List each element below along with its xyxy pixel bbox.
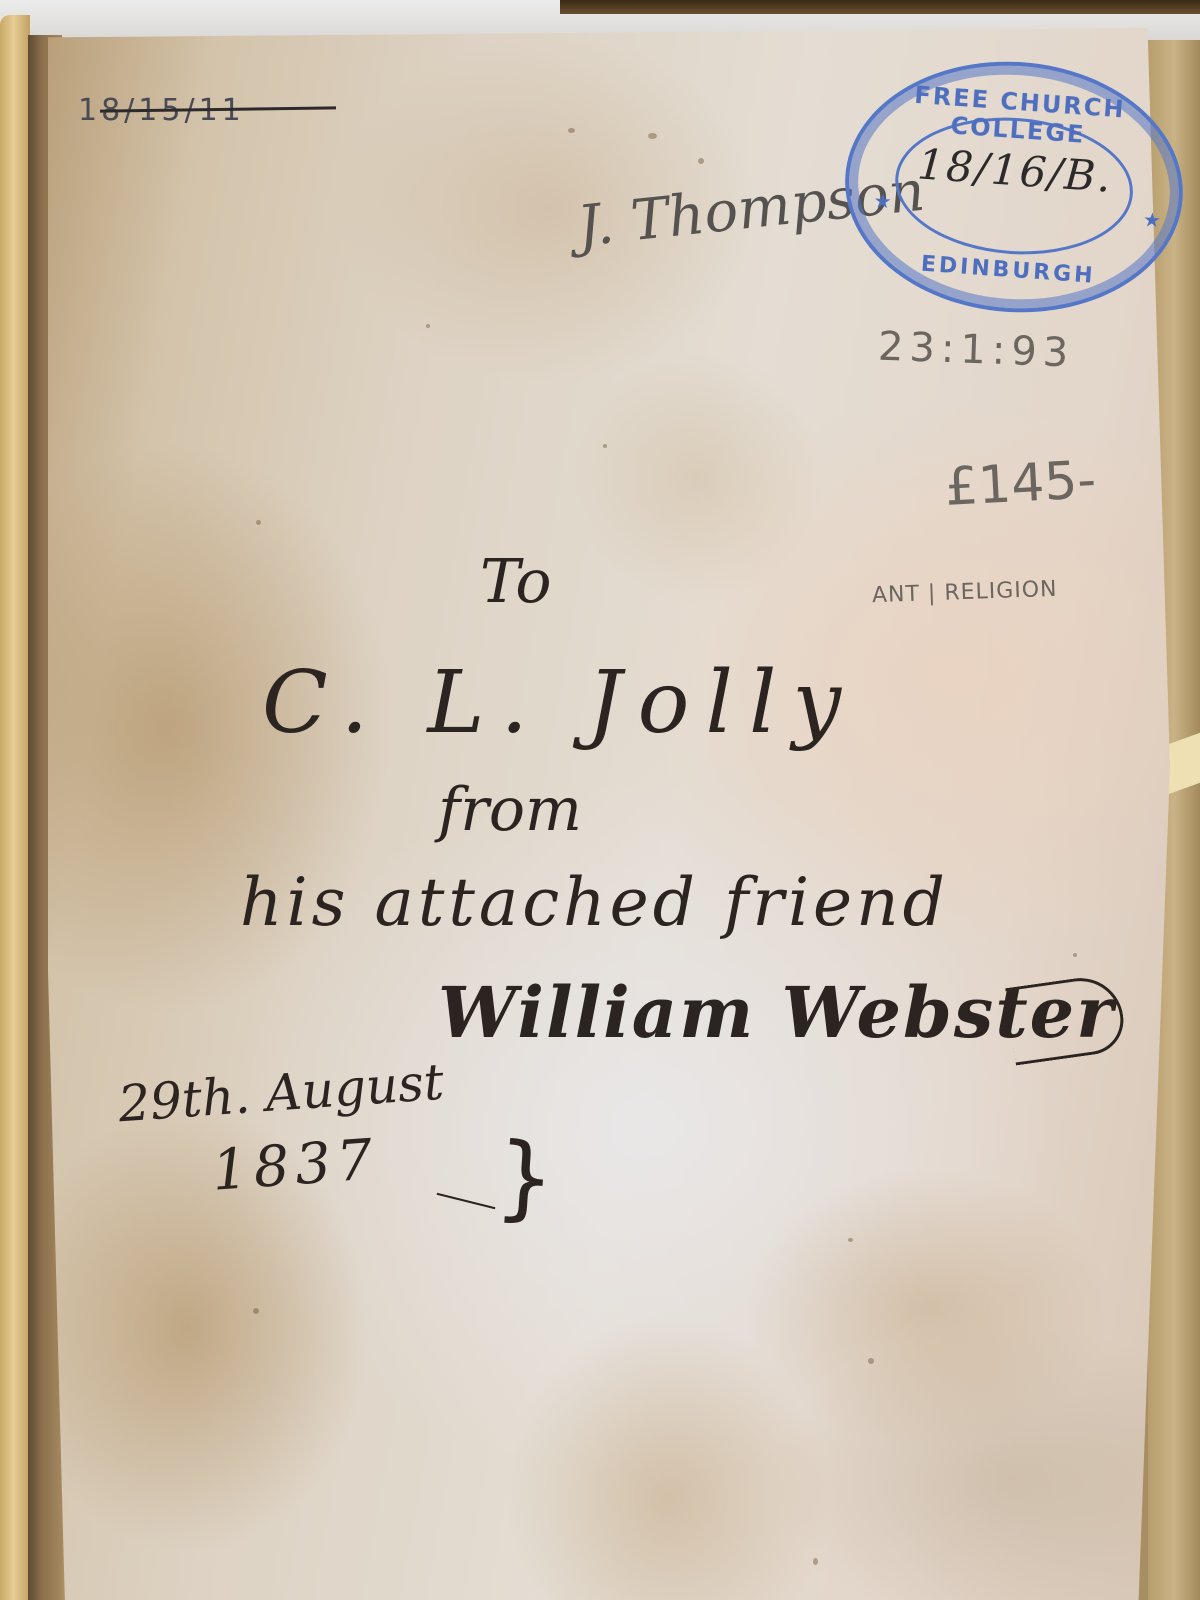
inscription-to: To: [480, 552, 551, 612]
star-icon: ★: [873, 188, 893, 213]
foxing-spot: [256, 520, 261, 525]
foxing-spot: [568, 128, 575, 133]
inscription-date-year: 1837: [210, 1132, 380, 1199]
price-note: £145-: [944, 454, 1098, 514]
foxing-spot: [848, 1238, 853, 1242]
foxing-spot: [648, 133, 657, 139]
foxing-spot: [426, 324, 430, 328]
book-board-top-edge: [560, 0, 1200, 14]
star-icon: ★: [1142, 207, 1162, 232]
foxing-spot: [1073, 953, 1077, 957]
foxing-spot: [813, 1558, 818, 1565]
foxing-spot: [868, 1358, 874, 1364]
acquisition-date: 23:1:93: [877, 327, 1074, 374]
foxing-spot: [603, 444, 607, 448]
brace-flourish-icon: }: [493, 1130, 558, 1226]
inscription-recipient: C. L. Jolly: [262, 660, 857, 746]
inscription-from: from: [438, 780, 582, 840]
previous-page-edge: [0, 15, 30, 1600]
foxing-spot: [698, 158, 704, 164]
inscription-relation: his attached friend: [240, 870, 949, 936]
foxing-spot: [253, 1308, 259, 1314]
